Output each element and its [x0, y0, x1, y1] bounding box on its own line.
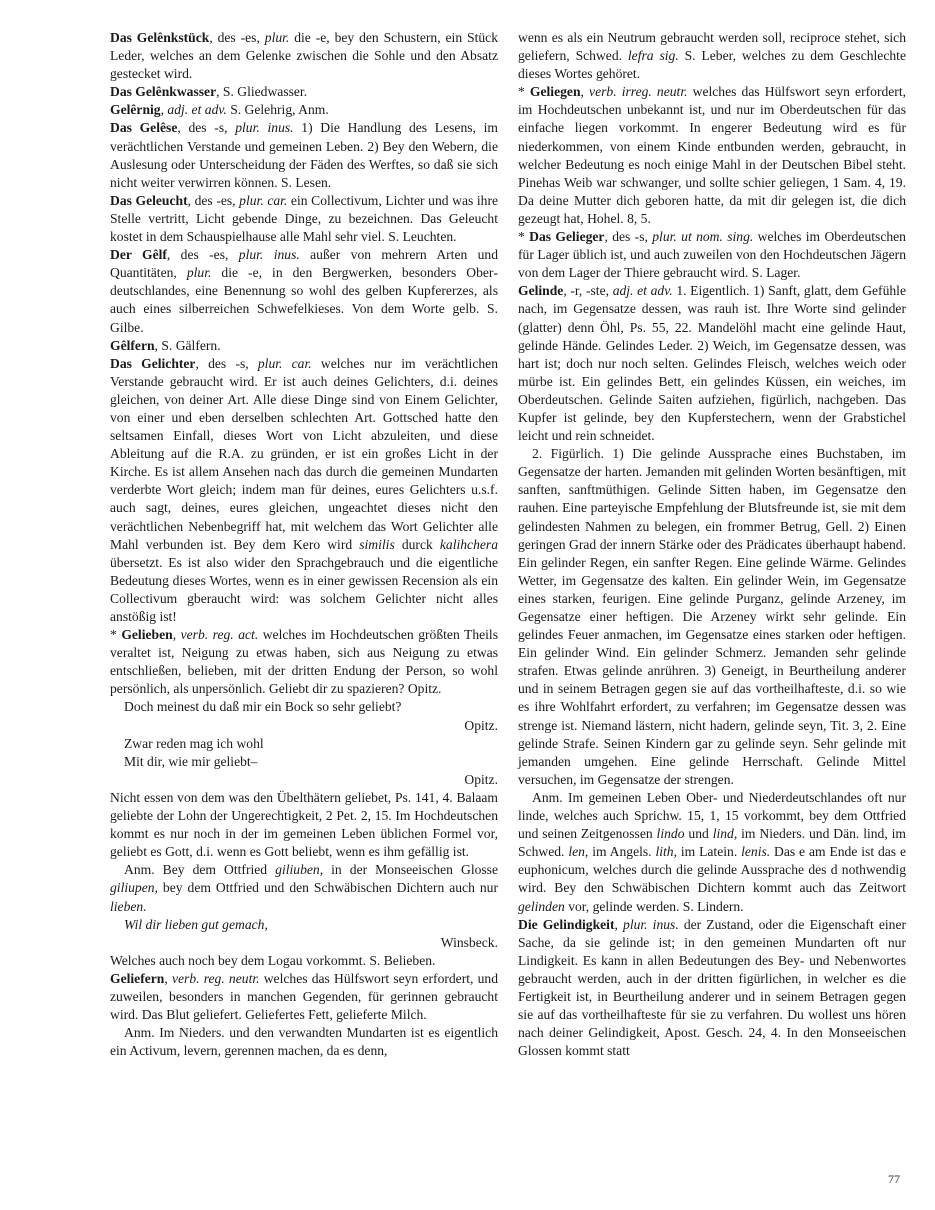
italic-term: lind, — [713, 826, 738, 841]
body-text: durck — [395, 537, 440, 552]
body-text: * — [518, 229, 529, 244]
body-text: der Zustand, oder die Eigenschaft einer … — [518, 917, 906, 1059]
headword: Gelêrnig — [110, 102, 161, 117]
dictionary-entry: Die Gelindigkeit, plur. inus. der Zustan… — [518, 916, 906, 1061]
dictionary-entry: * Das Gelieger, des -s, plur. ut nom. si… — [518, 228, 906, 282]
italic-term: plur. inus. — [623, 917, 679, 932]
verse-quote: Wil dir lieben gut gemach, — [110, 916, 498, 934]
italic-term: adj. et adv. — [167, 102, 226, 117]
body-text: Doch meinest du daß mir ein Bock so sehr… — [124, 699, 401, 714]
italic-term: gelinden — [518, 899, 565, 914]
dictionary-entry: Geliefern, verb. reg. neutr. welches das… — [110, 970, 498, 1024]
italic-term: plur. inus. — [239, 247, 300, 262]
verse-quote: Zwar reden mag ich wohl — [110, 735, 498, 753]
body-text: , — [173, 627, 181, 642]
body-text: übersetzt. Es ist also wider den Sprachg… — [110, 555, 498, 624]
body-text: , — [581, 84, 590, 99]
body-text: , S. Gliedwasser. — [216, 84, 307, 99]
dictionary-entry: wenn es als ein Neutrum gebraucht werden… — [518, 29, 906, 83]
dictionary-entry: Gêlfern, S. Gälfern. — [110, 337, 498, 355]
body-text: Anm. Im Nieders. und den verwandten Mund… — [110, 1025, 498, 1058]
verse-quote: Doch meinest du daß mir ein Bock so sehr… — [110, 698, 498, 716]
annotation-paragraph: 2. Figürlich. 1) Die gelinde Aussprache … — [518, 445, 906, 789]
body-text: , — [615, 917, 624, 932]
dictionary-entry: Das Gelênkwasser, S. Gliedwasser. — [110, 83, 498, 101]
italic-term: Wil dir lieben gut gemach, — [124, 917, 268, 932]
body-text: Nicht essen von dem was den Übelthätern … — [110, 790, 498, 859]
right-column: wenn es als ein Neutrum gebraucht werden… — [518, 29, 906, 1060]
left-column: Das Gelênkstück, des -es, plur. die -e, … — [110, 29, 498, 1060]
italic-term: plur. ut nom. sing. — [652, 229, 753, 244]
body-text: , des -s, — [195, 356, 257, 371]
headword: Gelieben — [121, 627, 172, 642]
headword: Das Gelieger — [529, 229, 604, 244]
italic-term: verb. irreg. neutr. — [589, 84, 687, 99]
headword: Das Gelêse — [110, 120, 177, 135]
italic-term: adj. et adv. — [613, 283, 673, 298]
italic-term: giliuben, — [275, 862, 323, 877]
body-text: im Angels. — [588, 844, 655, 859]
body-text: , des -es, — [209, 30, 264, 45]
italic-term: lieben. — [110, 899, 147, 914]
annotation-paragraph: Anm. Bey dem Ottfried giliuben, in der M… — [110, 861, 498, 915]
body-text: Opitz. — [464, 718, 498, 733]
italic-term: plur. car. — [239, 193, 287, 208]
headword: Das Gelênkstück — [110, 30, 209, 45]
headword: Das Gelênkwasser — [110, 84, 216, 99]
headword: Gêlfern — [110, 338, 155, 353]
italic-term: verb. reg. act. — [181, 627, 259, 642]
annotation-paragraph: Anm. Im gemeinen Leben Ober- und Niederd… — [518, 789, 906, 916]
italic-term: plur. inus. — [235, 120, 293, 135]
quote-attribution: Opitz. — [110, 717, 498, 735]
body-text: Winsbeck. — [441, 935, 498, 950]
italic-term: giliupen, — [110, 880, 158, 895]
body-text: welches das Hülfswort seyn er­fordert, i… — [518, 84, 906, 226]
headword: Das Gelichter — [110, 356, 195, 371]
body-text: und — [685, 826, 713, 841]
body-text: 2. Figürlich. 1) Die gelinde Aussprache … — [518, 446, 906, 787]
dictionary-entry: Das Gelichter, des -s, plur. car. welche… — [110, 355, 498, 626]
headword: Das Geleucht — [110, 193, 188, 208]
quote-attribution: Opitz. — [110, 771, 498, 789]
headword: Der Gêlf — [110, 247, 167, 262]
italic-term: lenis. — [741, 844, 770, 859]
body-text: Anm. Bey dem Ottfried — [124, 862, 275, 877]
body-text: * — [518, 84, 530, 99]
italic-term: lefra sig. — [628, 48, 679, 63]
body-text: vor, gelinde werden. S. Lindern. — [565, 899, 744, 914]
dictionary-entry: Nicht essen von dem was den Übelthätern … — [110, 789, 498, 861]
body-text: Opitz. — [464, 772, 498, 787]
body-text: Welches auch noch bey dem Logau vorkommt… — [110, 953, 435, 968]
body-text: , des -es, — [188, 193, 240, 208]
body-text: , -r, -ste, — [563, 283, 612, 298]
italic-term: lith, — [655, 844, 677, 859]
headword: Geliegen — [530, 84, 581, 99]
body-text: Mit dir, wie mir geliebt– — [124, 754, 257, 769]
dictionary-entry: Der Gêlf, des -es, plur. inus. außer von… — [110, 246, 498, 336]
headword: Geliefern — [110, 971, 164, 986]
quote-attribution: Winsbeck. — [110, 934, 498, 952]
body-text: welches nur im verächtlichen Verstande g… — [110, 356, 498, 552]
italic-term: kalihchera — [440, 537, 498, 552]
dictionary-entry: Das Gelênkstück, des -es, plur. die -e, … — [110, 29, 498, 83]
dictionary-entry: Gelinde, -r, -ste, adj. et adv. 1. Eigen… — [518, 282, 906, 445]
body-text: * — [110, 627, 121, 642]
dictionary-entry: Welches auch noch bey dem Logau vorkommt… — [110, 952, 498, 970]
body-text: im Latein. — [677, 844, 741, 859]
body-text: Zwar reden mag ich wohl — [124, 736, 264, 751]
italic-term: lindo — [657, 826, 685, 841]
dictionary-entry: Das Gelêse, des -s, plur. inus. 1) Die H… — [110, 119, 498, 191]
italic-term: verb. reg. neutr. — [172, 971, 260, 986]
body-text: , des -s, — [177, 120, 235, 135]
body-text: 1. Eigentlich. 1) Sanft, glatt, dem Gefü… — [518, 283, 906, 443]
body-text: , des -es, — [167, 247, 239, 262]
body-text: , S. Gälfern. — [155, 338, 221, 353]
dictionary-entry: Gelêrnig, adj. et adv. S. Gelehrig, Anm. — [110, 101, 498, 119]
page-number: 77 — [888, 1172, 900, 1187]
body-text: S. Gelehrig, Anm. — [227, 102, 329, 117]
italic-term: len, — [568, 844, 588, 859]
italic-term: similis — [359, 537, 395, 552]
body-text: bey dem Ottfried und den Schwäbischen Di… — [158, 880, 498, 895]
headword: Gelinde — [518, 283, 563, 298]
headword: Die Gelindigkeit — [518, 917, 615, 932]
dictionary-entry: * Geliegen, verb. irreg. neutr. welches … — [518, 83, 906, 228]
dictionary-entry: Das Geleucht, des -es, plur. car. ein Co… — [110, 192, 498, 246]
body-text: , — [164, 971, 172, 986]
italic-term: plur. — [265, 30, 290, 45]
annotation-paragraph: Anm. Im Nieders. und den verwandten Mund… — [110, 1024, 498, 1060]
dictionary-entry: * Gelieben, verb. reg. act. welches im H… — [110, 626, 498, 698]
body-text: , des -s, — [604, 229, 652, 244]
verse-quote: Mit dir, wie mir geliebt– — [110, 753, 498, 771]
italic-term: plur. — [187, 265, 212, 280]
italic-term: plur. car. — [258, 356, 312, 371]
body-text: in der Monseeischen Glosse — [323, 862, 498, 877]
